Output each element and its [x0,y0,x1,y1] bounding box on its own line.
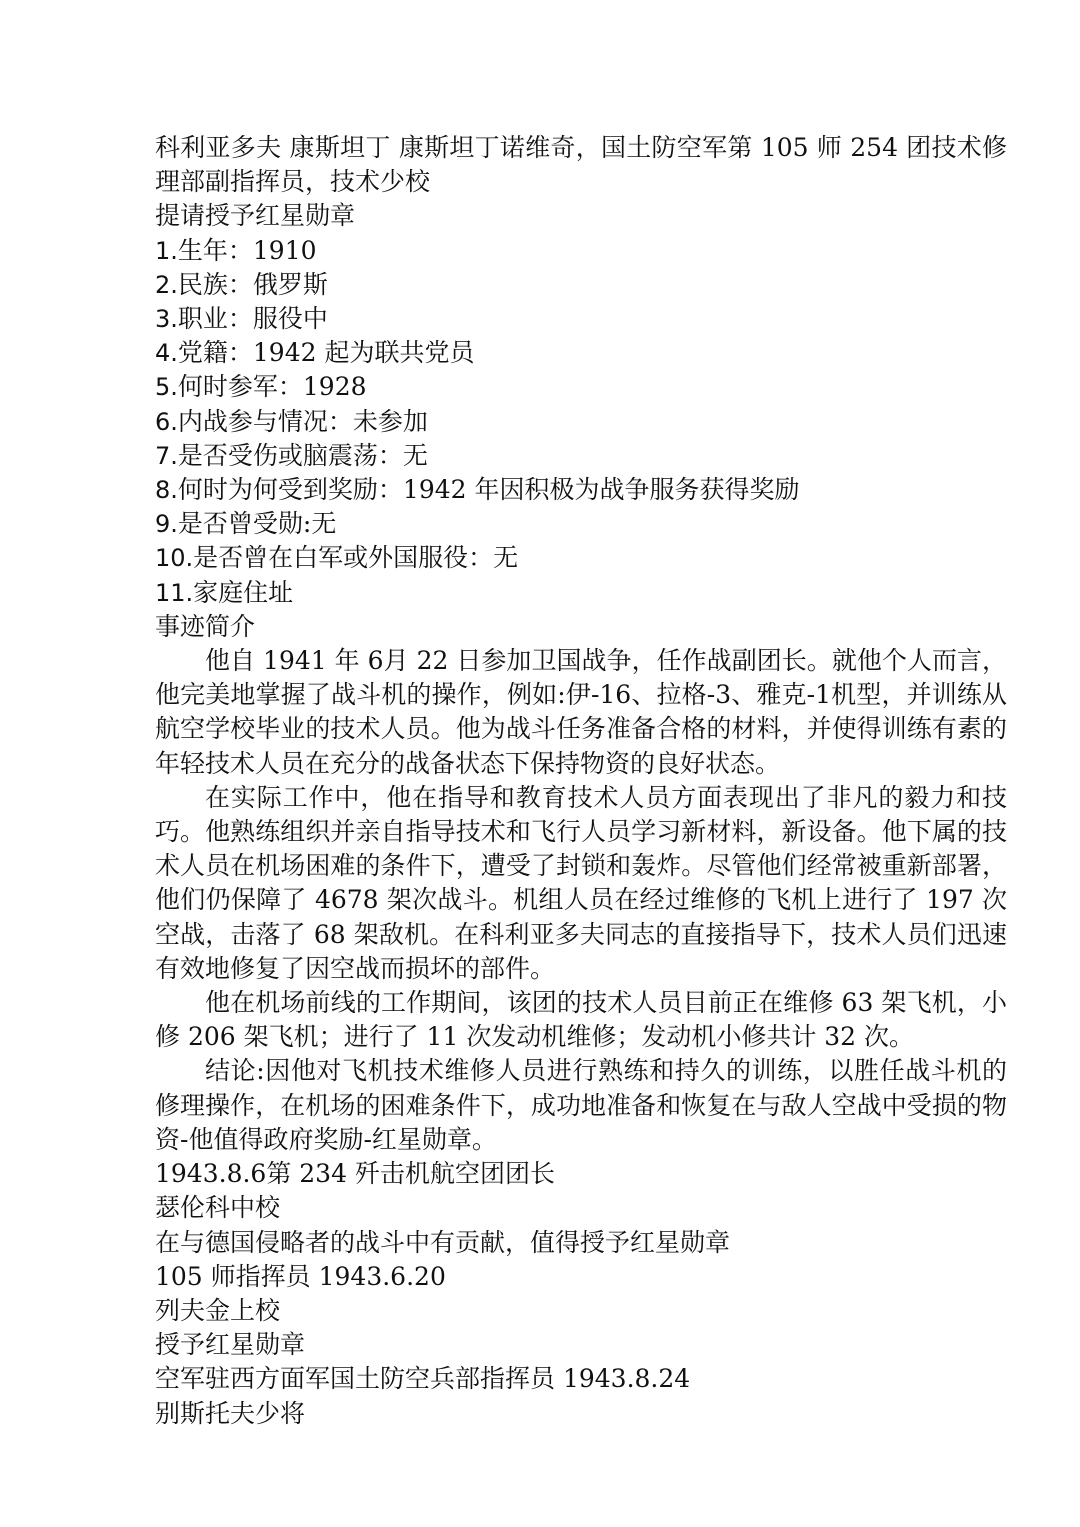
item-number: 11. [155,579,193,607]
summary-paragraph: 结论:因他对飞机技术维修人员进行熟练和持久的训练，以胜任战斗机的修理操作，在机场… [155,1054,1007,1157]
air-defense-commander-endorsement: 空军驻西方面军国土防空兵部指挥员 1943.8.24 [155,1362,1007,1396]
summary-paragraph: 他在机场前线的工作期间，该团的技术人员目前正在维修 63 架飞机，小修 206 … [155,986,1007,1054]
item-text: 是否曾受勋:无 [178,509,336,538]
summary-paragraph: 他自 1941 年 6月 22 日参加卫国战争，任作战副团长。就他个人而言，他完… [155,644,1007,781]
nominee-name-position: 科利亚多夫 康斯坦丁 康斯坦丁诺维奇，国土防空军第 105 师 254 团技术修… [155,131,1007,199]
summary-paragraph: 在实际工作中，他在指导和教育技术人员方面表现出了非凡的毅力和技巧。他熟练组织并亲… [155,781,1007,986]
item-number: 10. [155,544,193,572]
list-item: 11.家庭住址 [155,576,1007,610]
questionnaire-list: 1.生年：1910 2.民族：俄罗斯 3.职业：服役中 4.党籍：1942 起为… [155,234,1007,610]
list-item: 1.生年：1910 [155,234,1007,268]
division-commander-endorsement: 105 师指挥员 1943.6.20 [155,1260,1007,1294]
item-number: 1. [155,237,178,265]
award-decision: 授予红星勋章 [155,1328,1007,1362]
list-item: 9.是否曾受勋:无 [155,507,1007,541]
award-request: 提请授予红星勋章 [155,199,1007,233]
item-number: 2. [155,271,178,299]
list-item: 4.党籍：1942 起为联共党员 [155,336,1007,370]
document-page: 科利亚多夫 康斯坦丁 康斯坦丁诺维奇，国土防空军第 105 师 254 团技术修… [155,131,1007,1431]
endorsements: 1943.8.6第 234 歼击机航空团团长 瑟伦科中校 在与德国侵略者的战斗中… [155,1157,1007,1431]
item-number: 5. [155,373,178,401]
list-item: 7.是否受伤或脑震荡：无 [155,439,1007,473]
item-number: 9. [155,510,178,538]
list-item: 8.何时为何受到奖励：1942 年因积极为战争服务获得奖励 [155,473,1007,507]
list-item: 6.内战参与情况：未参加 [155,405,1007,439]
signatory-name: 列夫金上校 [155,1294,1007,1328]
item-text: 生年：1910 [178,236,317,265]
item-text: 何时参军：1928 [178,372,367,401]
item-text: 党籍：1942 起为联共党员 [178,338,475,367]
summary-body: 他自 1941 年 6月 22 日参加卫国战争，任作战副团长。就他个人而言，他完… [155,644,1007,1157]
item-number: 7. [155,442,178,470]
list-item: 5.何时参军：1928 [155,370,1007,404]
item-text: 是否曾在白军或外国服役：无 [193,543,518,572]
summary-heading: 事迹简介 [155,610,1007,644]
item-text: 何时为何受到奖励：1942 年因积极为战争服务获得奖励 [178,475,800,504]
signatory-name: 瑟伦科中校 [155,1191,1007,1225]
item-text: 家庭住址 [193,578,293,607]
list-item: 3.职业：服役中 [155,302,1007,336]
signatory-name: 别斯托夫少将 [155,1397,1007,1431]
item-text: 是否受伤或脑震荡：无 [178,441,428,470]
item-number: 6. [155,408,178,436]
regiment-commander-endorsement: 1943.8.6第 234 歼击机航空团团长 [155,1157,1007,1191]
item-number: 3. [155,305,178,333]
division-recommendation: 在与德国侵略者的战斗中有贡献，值得授予红星勋章 [155,1226,1007,1260]
item-text: 职业：服役中 [178,304,328,333]
item-text: 内战参与情况：未参加 [178,407,428,436]
list-item: 10.是否曾在白军或外国服役：无 [155,541,1007,575]
item-number: 8. [155,476,178,504]
list-item: 2.民族：俄罗斯 [155,268,1007,302]
item-text: 民族：俄罗斯 [178,270,328,299]
item-number: 4. [155,339,178,367]
